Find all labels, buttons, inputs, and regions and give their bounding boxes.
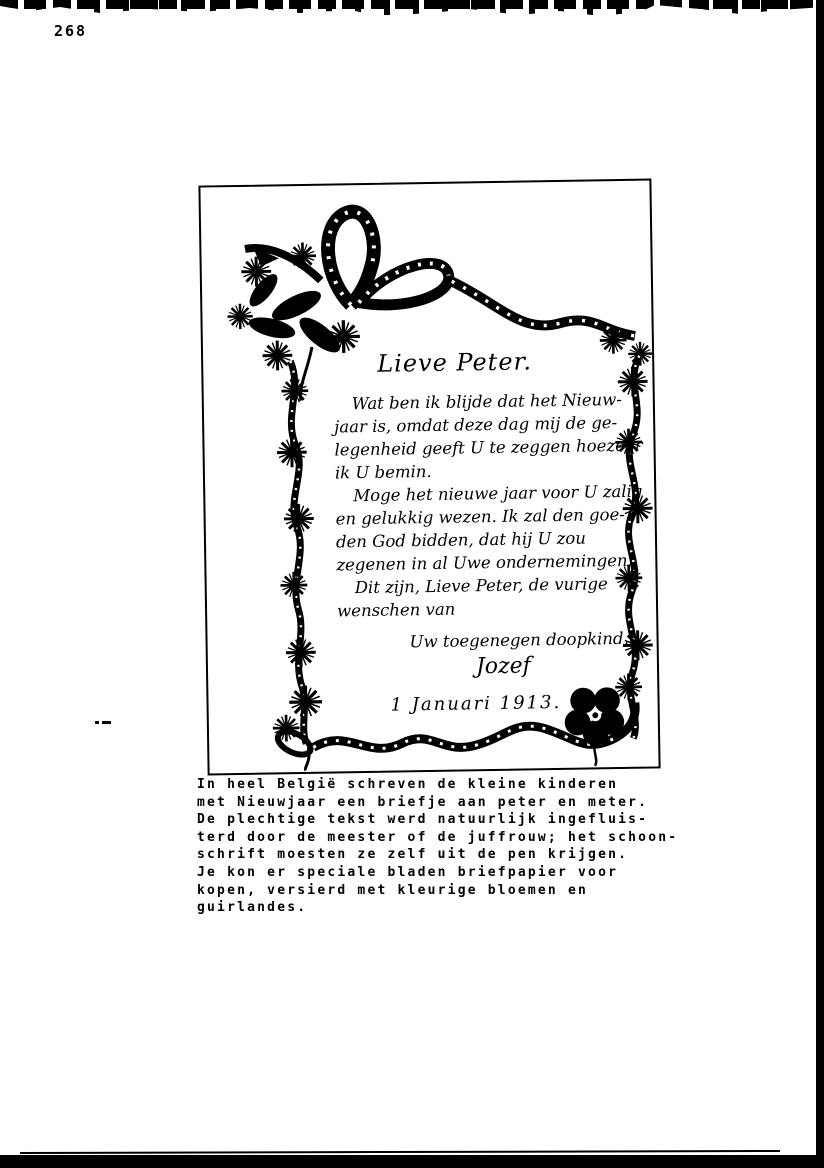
letter-closing: Uw toegenegen doopkind, [409,626,657,653]
scan-edge-strip-right [816,0,824,1168]
flower-garland-left-icon [276,361,318,744]
caption-line: schrift moesten ze zelf uit de pen krijg… [197,846,717,864]
letter-signature: Jozef [476,652,658,678]
letter-salutation: Lieve Peter. [377,348,653,375]
scan-noise-band-top [0,0,824,16]
caption-line: In heel België schreven de kleine kinder… [197,776,717,794]
caption-line: De plechtige tekst werd natuurlijk ingef… [197,811,717,829]
letter-date: 1 Januari 1913. [390,689,658,716]
letter-body: Wat ben ik blijde dat het Nieuw-jaar is,… [334,387,658,622]
letter-line: wenschen van [337,594,657,622]
caption-line: kopen, versierd met kleurige bloemen en [197,882,717,900]
caption-line: guirlandes. [197,899,717,917]
page-number: 268 [54,22,87,40]
scan-artifact-dash [95,721,111,724]
caption-line: Je kon er speciale bladen briefpapier vo… [197,864,717,882]
handwritten-letter: Lieve Peter. Wat ben ik blijde dat het N… [333,348,659,717]
new-year-letter-frame: Lieve Peter. Wat ben ik blijde dat het N… [198,178,660,775]
scan-band-bottom [0,1155,824,1168]
caption-block: In heel België schreven de kleine kinder… [197,776,717,917]
caption-line: terd door de meester of de juffrouw; het… [197,829,717,847]
scanned-book-page: 268 [0,0,824,1168]
caption-line: met Nieuwjaar een briefje aan peter en m… [197,794,717,812]
